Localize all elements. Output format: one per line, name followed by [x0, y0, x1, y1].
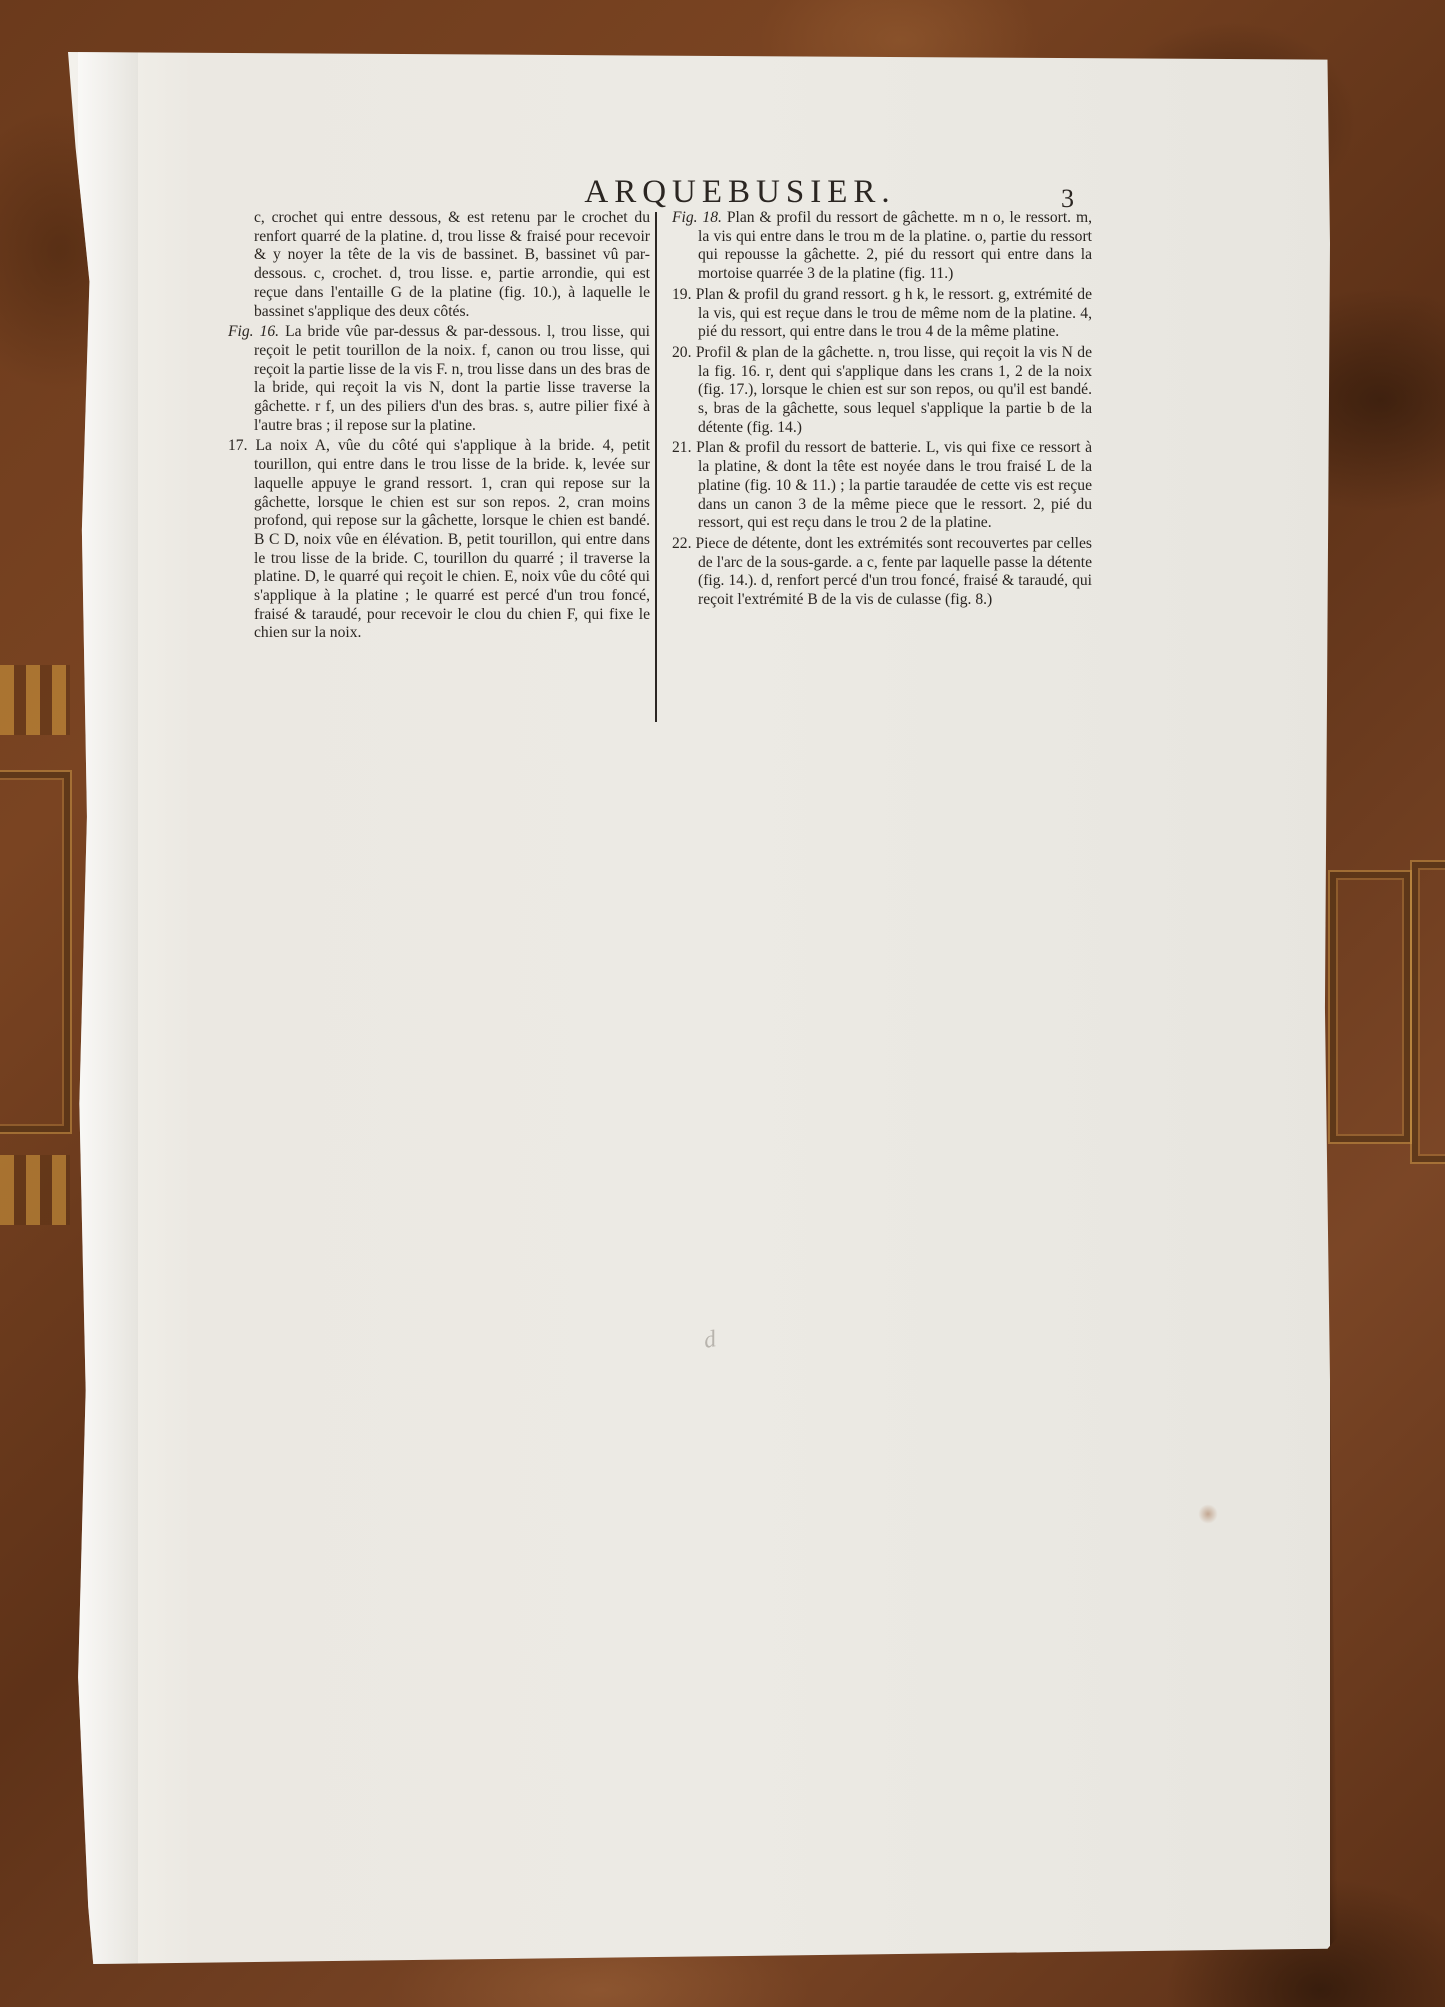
- running-head: ARQUEBUSIER.: [480, 174, 1000, 211]
- entry-fig-19: 19. Plan & profil du grand ressort. g h …: [672, 286, 1092, 342]
- entry-continued: c, crochet qui entre dessous, & est rete…: [228, 209, 650, 321]
- gold-tooled-panel-left: [0, 770, 72, 1134]
- entry-fig-21: 21. Plan & profil du ressort de batterie…: [672, 439, 1092, 533]
- right-text-column: Fig. 18. Plan & profil du ressort de gâc…: [672, 209, 1092, 612]
- left-text-column: c, crochet qui entre dessous, & est rete…: [228, 209, 650, 645]
- entry-fig-17: 17. La noix A, vûe du côté qui s'appliqu…: [228, 437, 650, 643]
- column-divider: [655, 212, 657, 722]
- gold-tooled-panel-right-outer: [1410, 860, 1445, 1164]
- entry-fig-22: 22. Piece de détente, dont les extrémité…: [672, 535, 1092, 610]
- gold-tooled-panel-right: [1328, 870, 1412, 1144]
- gold-tooling-band-left-lower: [0, 1155, 70, 1225]
- deckle-edge: [78, 52, 138, 1964]
- gold-tooling-band-left-upper: [0, 665, 70, 735]
- pencil-mark: d: [702, 1326, 719, 1355]
- book-page: ARQUEBUSIER. 3 c, crochet qui entre dess…: [68, 52, 1330, 1964]
- entry-fig-20: 20. Profil & plan de la gâchette. n, tro…: [672, 344, 1092, 438]
- entry-fig-18: Fig. 18. Plan & profil du ressort de gâc…: [672, 209, 1092, 284]
- entry-fig-16: Fig. 16. La bride vûe par-dessus & par-d…: [228, 323, 650, 435]
